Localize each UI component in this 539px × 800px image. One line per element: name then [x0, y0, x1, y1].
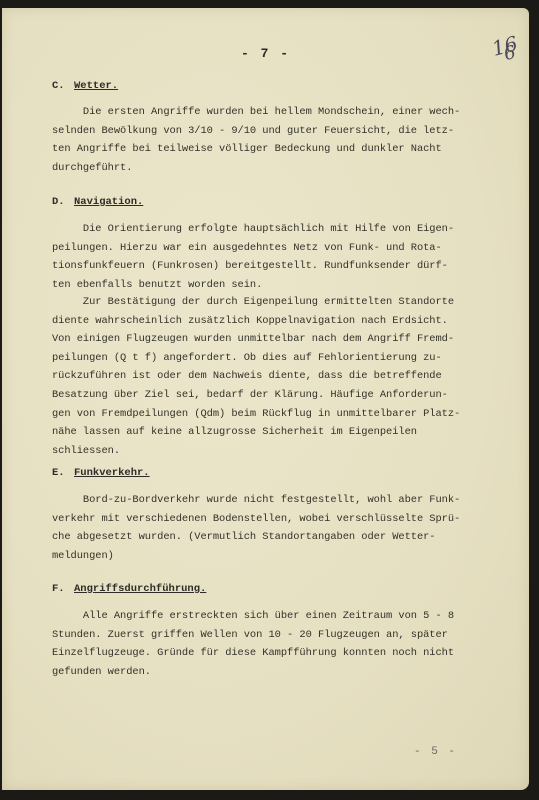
section-letter: C.	[52, 80, 74, 92]
text-line: Stunden. Zuerst griffen Wellen von 10 - …	[52, 626, 454, 645]
paragraph: Alle Angriffe erstreckten sich über eine…	[52, 607, 454, 681]
section-f: F.Angriffsdurchführung. Alle Angriffe er…	[52, 583, 472, 595]
section-c: C.Wetter. Die ersten Angriffe wurden bei…	[52, 80, 472, 92]
text-line: peilungen. Hierzu war ein ausgedehntes N…	[52, 239, 454, 258]
document-page: - 7 - 16 6 C.Wetter. Die ersten Angriffe…	[2, 8, 529, 790]
text-line: ten ebenfalls benutzt worden sein.	[52, 276, 454, 295]
section-title: Wetter.	[74, 80, 118, 92]
section-heading: E.Funkverkehr.	[52, 467, 472, 479]
section-heading: D.Navigation.	[52, 196, 472, 208]
text-line: Einzelflugzeuge. Gründe für diese Kampff…	[52, 644, 454, 663]
section-heading: F.Angriffsdurchführung.	[52, 583, 472, 595]
handwritten-annotation: 16 6	[489, 31, 520, 61]
section-title: Angriffsdurchführung.	[74, 583, 206, 595]
section-title: Funkverkehr.	[74, 467, 150, 479]
text-line: Die ersten Angriffe wurden bei hellem Mo…	[52, 103, 460, 122]
text-line: gefunden werden.	[52, 663, 454, 682]
paragraph: Zur Bestätigung der durch Eigenpeilung e…	[52, 293, 460, 460]
text-line: nähe lassen auf keine allzugrosse Sicher…	[52, 423, 460, 442]
text-line: Besatzung über Ziel sei, bedarf der Klär…	[52, 386, 460, 405]
text-line: Die Orientierung erfolgte hauptsächlich …	[52, 220, 454, 239]
text-line: verkehr mit verschiedenen Bodenstellen, …	[52, 510, 460, 529]
text-line: ten Angriffe bei teilweise völliger Bede…	[52, 140, 460, 159]
section-letter: D.	[52, 196, 74, 208]
text-line: che abgesetzt wurden. (Vermutlich Stando…	[52, 528, 460, 547]
text-line: diente wahrscheinlich zusätzlich Koppeln…	[52, 312, 460, 331]
section-d: D.Navigation. Die Orientierung erfolgte …	[52, 196, 472, 208]
page-number-header: - 7 -	[2, 46, 529, 61]
text-line: meldungen)	[52, 547, 460, 566]
text-line: Von einigen Flugzeugen wurden unmittelba…	[52, 330, 460, 349]
page-number-footer: - 5 -	[414, 746, 457, 758]
text-line: rückzuführen ist oder dem Nachweis dient…	[52, 367, 460, 386]
paragraph: Die ersten Angriffe wurden bei hellem Mo…	[52, 103, 460, 177]
text-line: Zur Bestätigung der durch Eigenpeilung e…	[52, 293, 460, 312]
text-line: Alle Angriffe erstreckten sich über eine…	[52, 607, 454, 626]
text-line: schliessen.	[52, 442, 460, 461]
text-line: peilungen (Q t f) angefordert. Ob dies a…	[52, 349, 460, 368]
text-line: gen von Fremdpeilungen (Qdm) beim Rückfl…	[52, 405, 460, 424]
text-line: durchgeführt.	[52, 159, 460, 178]
text-line: Bord-zu-Bordverkehr wurde nicht festgest…	[52, 491, 460, 510]
paragraph: Die Orientierung erfolgte hauptsächlich …	[52, 220, 454, 294]
text-line: selnden Bewölkung von 3/10 - 9/10 und gu…	[52, 122, 460, 141]
section-letter: F.	[52, 583, 74, 595]
paragraph: Bord-zu-Bordverkehr wurde nicht festgest…	[52, 491, 460, 565]
section-title: Navigation.	[74, 196, 143, 208]
text-line: tionsfunkfeuern (Funkrosen) bereitgestel…	[52, 257, 454, 276]
section-heading: C.Wetter.	[52, 80, 472, 92]
section-e: E.Funkverkehr. Bord-zu-Bordverkehr wurde…	[52, 467, 472, 479]
section-letter: E.	[52, 467, 74, 479]
